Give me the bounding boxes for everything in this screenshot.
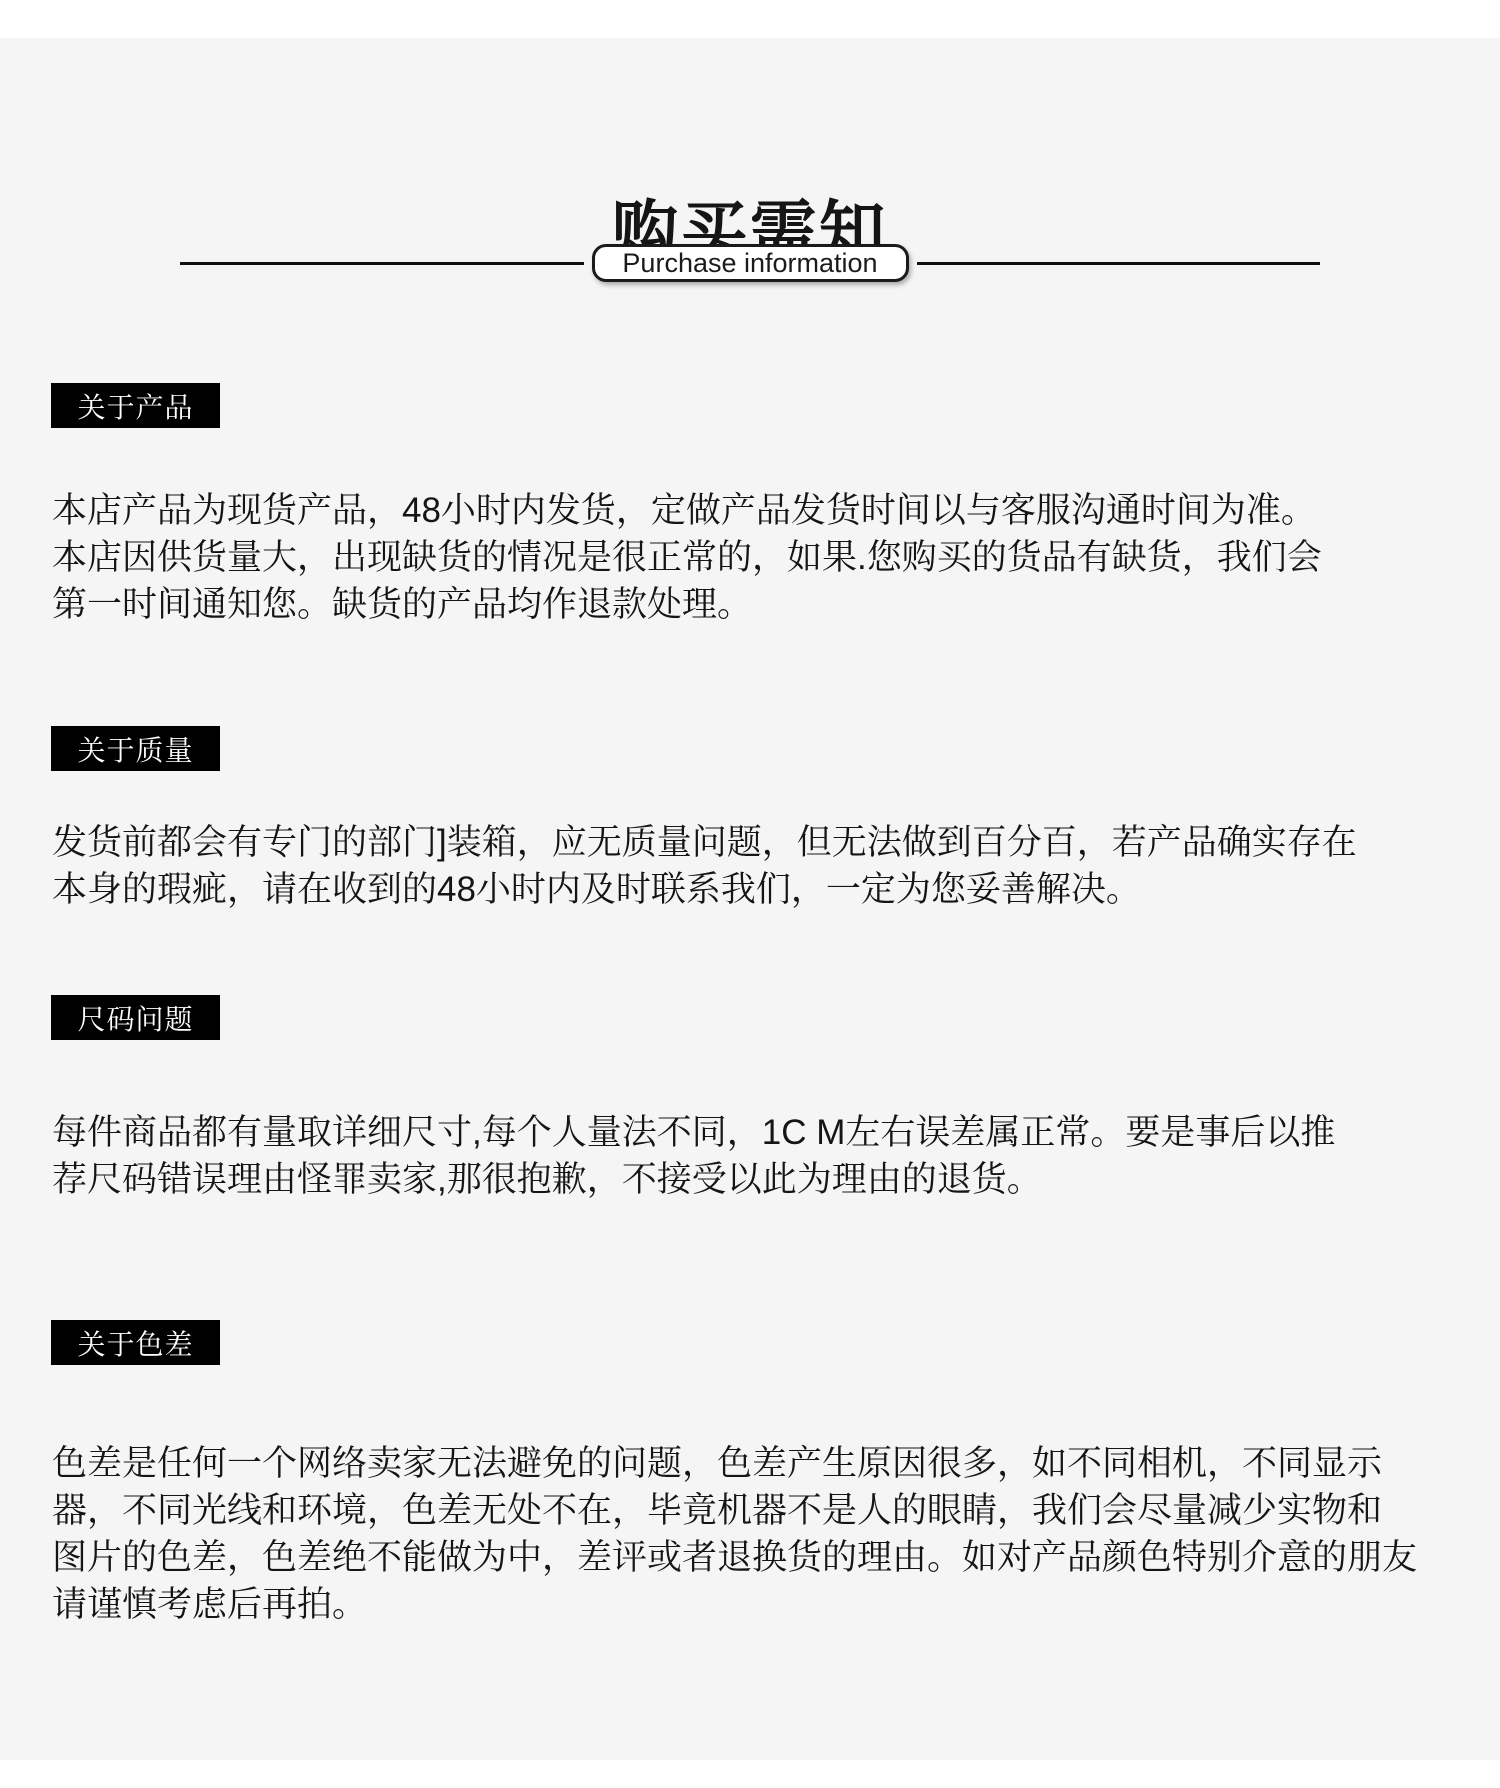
section-label-quality: 关于质量	[51, 726, 220, 771]
section-label-product: 关于产品	[51, 383, 220, 428]
section-label-size: 尺码问题	[51, 995, 220, 1040]
section-body-quality: 发货前都会有专门的部门]装箱，应无质量问题，但无法做到百分百，若产品确实存在 本…	[52, 819, 1492, 913]
content-card: 购买需知 Purchase information 关于产品 本店产品为现货产品…	[0, 38, 1500, 1760]
title-divider: Purchase information	[180, 244, 1320, 282]
divider-line-left	[180, 262, 584, 265]
section-label-color: 关于色差	[51, 1320, 220, 1365]
divider-line-right	[917, 262, 1321, 265]
purchase-info-page: 购买需知 Purchase information 关于产品 本店产品为现货产品…	[0, 0, 1500, 1788]
section-body-color: 色差是任何一个网络卖家无法避免的问题，色差产生原因很多，如不同相机，不同显示 器…	[52, 1440, 1492, 1628]
section-body-size: 每件商品都有量取详细尺寸,每个人量法不同，1C M左右误差属正常。要是事后以推 …	[52, 1109, 1492, 1203]
subtitle-badge: Purchase information	[592, 244, 909, 282]
section-body-product: 本店产品为现货产品，48小时内发货，定做产品发货时间以与客服沟通时间为准。 本店…	[52, 487, 1492, 628]
